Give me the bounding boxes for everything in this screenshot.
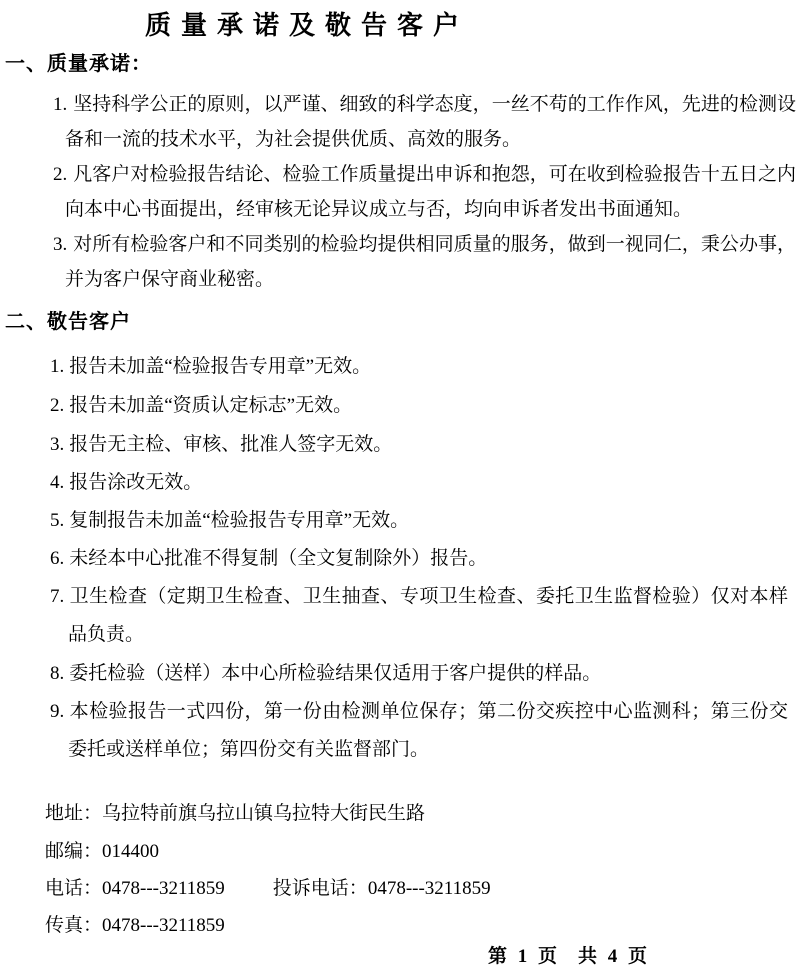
fax-label: 传真： (45, 915, 102, 936)
address-line: 地址：乌拉特前旗乌拉山镇乌拉特大街民生路 (45, 801, 425, 827)
address-value: 乌拉特前旗乌拉山镇乌拉特大街民生路 (102, 803, 425, 824)
phone-value: 0478---3211859 (102, 878, 225, 899)
item-text: 报告无主检、审核、批准人签字无效。 (69, 434, 392, 455)
list-item: 4.报告涂改无效。 (68, 464, 788, 502)
item-text: 坚持科学公正的原则，以严谨、细致的科学态度，一丝不苟的工作作风，先进的检测设备和… (65, 94, 796, 150)
item-number: 2. (50, 395, 64, 416)
page-number-current: 第 1 页 (488, 946, 560, 967)
item-number: 2. (53, 164, 67, 185)
list-item: 9.本检验报告一式四份，第一份由检测单位保存；第二份交疾控中心监测科；第三份交委… (68, 693, 788, 769)
phone-line: 电话：0478---3211859投诉电话：0478---3211859 (45, 876, 491, 902)
page-number: 第 1 页共 4 页 (488, 941, 650, 968)
page-title: 质量承诺及敬告客户 (0, 5, 614, 42)
postcode-label: 邮编： (45, 841, 102, 862)
list-item: 2.凡客户对检验报告结论、检验工作质量提出申诉和抱怨，可在收到检验报告十五日之内… (65, 157, 796, 227)
list-item: 3.对所有检验客户和不同类别的检验均提供相同质量的服务，做到一视同仁，秉公办事，… (65, 227, 796, 297)
item-number: 9. (50, 701, 64, 722)
item-number: 6. (50, 548, 64, 569)
item-text: 报告未加盖“检验报告专用章”无效。 (69, 356, 371, 377)
item-text: 未经本中心批准不得复制（全文复制除外）报告。 (69, 548, 487, 569)
item-number: 8. (50, 663, 64, 684)
complaint-phone-value: 0478---3211859 (368, 878, 491, 899)
list-item: 5.复制报告未加盖“检验报告专用章”无效。 (68, 502, 788, 540)
fax-value: 0478---3211859 (102, 915, 225, 936)
section-heading-quality-commitment: 一、质量承诺： (5, 51, 152, 77)
item-text: 复制报告未加盖“检验报告专用章”无效。 (69, 510, 409, 531)
item-number: 3. (53, 234, 67, 255)
item-text: 报告未加盖“资质认定标志”无效。 (69, 395, 352, 416)
list-item: 1.报告未加盖“检验报告专用章”无效。 (68, 348, 788, 386)
item-text: 报告涂改无效。 (69, 472, 202, 493)
item-number: 3. (50, 434, 64, 455)
item-number: 5. (50, 510, 64, 531)
list-item: 6.未经本中心批准不得复制（全文复制除外）报告。 (68, 540, 788, 578)
complaint-phone-label: 投诉电话： (273, 878, 368, 899)
list-item: 8.委托检验（送样）本中心所检验结果仅适用于客户提供的样品。 (68, 655, 788, 693)
item-text: 本检验报告一式四份，第一份由检测单位保存；第二份交疾控中心监测科；第三份交委托或… (68, 701, 788, 760)
document-page: 质量承诺及敬告客户 一、质量承诺： 1.坚持科学公正的原则，以严谨、细致的科学态… (0, 0, 800, 970)
list-item: 2.报告未加盖“资质认定标志”无效。 (68, 387, 788, 425)
address-label: 地址： (45, 803, 102, 824)
fax-line: 传真：0478---3211859 (45, 913, 225, 939)
item-text: 委托检验（送样）本中心所检验结果仅适用于客户提供的样品。 (69, 663, 601, 684)
postcode-line: 邮编：014400 (45, 839, 159, 865)
list-item: 1.坚持科学公正的原则，以严谨、细致的科学态度，一丝不苟的工作作风，先进的检测设… (65, 87, 796, 157)
item-number: 1. (50, 356, 64, 377)
item-number: 4. (50, 472, 64, 493)
item-text: 对所有检验客户和不同类别的检验均提供相同质量的服务，做到一视同仁，秉公办事，并为… (65, 234, 796, 290)
list-item: 7.卫生检查（定期卫生检查、卫生抽查、专项卫生检查、委托卫生监督检验）仅对本样品… (68, 578, 788, 654)
list-item: 3.报告无主检、审核、批准人签字无效。 (68, 426, 788, 464)
item-text: 卫生检查（定期卫生检查、卫生抽查、专项卫生检查、委托卫生监督检验）仅对本样品负责… (68, 586, 788, 645)
section-heading-customer-notice: 二、敬告客户 (5, 309, 131, 335)
postcode-value: 014400 (102, 841, 159, 862)
item-number: 1. (53, 94, 67, 115)
page-number-total: 共 4 页 (578, 946, 650, 967)
item-number: 7. (50, 586, 64, 607)
phone-label: 电话： (45, 878, 102, 899)
item-text: 凡客户对检验报告结论、检验工作质量提出申诉和抱怨，可在收到检验报告十五日之内向本… (65, 164, 796, 220)
